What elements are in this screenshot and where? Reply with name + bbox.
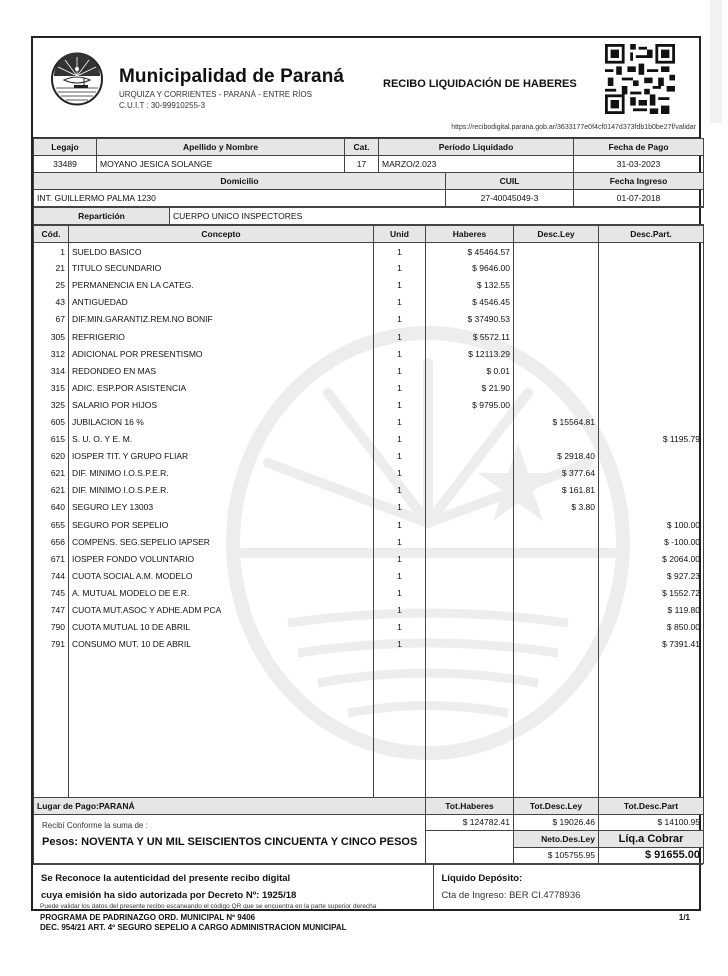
table-row: 305REFRIGERIO1$ 5572.11 xyxy=(34,328,704,345)
empty-cell xyxy=(374,653,426,797)
item-code: 621 xyxy=(34,465,69,482)
item-earnings: $ 4546.45 xyxy=(426,294,514,311)
item-earnings: $ 0.01 xyxy=(426,362,514,379)
item-earnings xyxy=(426,413,514,430)
item-legal-deduction xyxy=(514,516,599,533)
qr-validation-note: Puede validar los datos del presente rec… xyxy=(40,903,690,910)
item-earnings xyxy=(426,636,514,653)
item-private-deduction xyxy=(599,277,704,294)
item-code: 656 xyxy=(34,533,69,550)
item-earnings xyxy=(426,482,514,499)
authenticity-table: Se Reconoce la autenticidad del presente… xyxy=(33,864,703,909)
item-code: 325 xyxy=(34,396,69,413)
table-row: 314REDONDEO EN MAS1$ 0.01 xyxy=(34,362,704,379)
item-legal-deduction xyxy=(514,243,599,260)
item-units: 1 xyxy=(374,567,426,584)
item-earnings xyxy=(426,465,514,482)
payslip-document: Municipalidad de Paraná URQUIZA Y CORRIE… xyxy=(31,36,701,911)
item-earnings: $ 9646.00 xyxy=(426,260,514,277)
item-concept: SEGURO POR SEPELIO xyxy=(69,516,374,533)
municipality-address: URQUIZA Y CORRIENTES - PARANÁ - ENTRE RÍ… xyxy=(119,90,312,99)
authenticity-line-1: Se Reconoce la autenticidad del presente… xyxy=(41,870,425,887)
item-legal-deduction: $ 2918.40 xyxy=(514,448,599,465)
item-earnings: $ 12113.29 xyxy=(426,345,514,362)
municipality-name: Municipalidad de Paraná xyxy=(119,66,344,88)
item-units: 1 xyxy=(374,345,426,362)
item-legal-deduction xyxy=(514,550,599,567)
table-row: 745A. MUTUAL MODELO DE E.R.1$ 1552.72 xyxy=(34,584,704,601)
item-legal-deduction xyxy=(514,362,599,379)
item-units: 1 xyxy=(374,465,426,482)
item-concept: REDONDEO EN MAS xyxy=(69,362,374,379)
department-value: CUERPO UNICO INSPECTORES xyxy=(170,208,704,225)
item-earnings xyxy=(426,550,514,567)
item-code: 314 xyxy=(34,362,69,379)
item-earnings xyxy=(426,499,514,516)
item-legal-deduction xyxy=(514,431,599,448)
empty-rows-area xyxy=(34,653,704,797)
name-value: MOYANO JESICA SOLANGE xyxy=(97,156,345,173)
employee-info-table: Legajo Apellido y Nombre Cat. Período Li… xyxy=(33,138,704,207)
item-concept: TITULO SECUNDARIO xyxy=(69,260,374,277)
item-units: 1 xyxy=(374,431,426,448)
item-code: 640 xyxy=(34,499,69,516)
item-units: 1 xyxy=(374,550,426,567)
item-concept: SUELDO BASICO xyxy=(69,243,374,260)
validation-url[interactable]: https://recibodigital.parana.gob.ar/3633… xyxy=(451,124,696,131)
item-private-deduction xyxy=(599,362,704,379)
item-earnings: $ 45464.57 xyxy=(426,243,514,260)
item-units: 1 xyxy=(374,448,426,465)
item-concept: CUOTA MUTUAL 10 DE ABRIL xyxy=(69,619,374,636)
item-private-deduction: $ 100.00 xyxy=(599,516,704,533)
item-private-deduction: $ 1195.79 xyxy=(599,431,704,448)
table-row: 315ADIC. ESP.POR ASISTENCIA1$ 21.90 xyxy=(34,379,704,396)
table-row: 747CUOTA MUT.ASOC Y ADHE.ADM PCA1$ 119.8… xyxy=(34,601,704,618)
item-concept: IOSPER TIT. Y GRUPO FLIAR xyxy=(69,448,374,465)
item-code: 21 xyxy=(34,260,69,277)
legajo-label: Legajo xyxy=(34,139,97,156)
table-row: 620IOSPER TIT. Y GRUPO FLIAR1$ 2918.40 xyxy=(34,448,704,465)
total-private-deductions-value: $ 14100.95 xyxy=(599,814,704,830)
net-pay-label: Líq.a Cobrar xyxy=(599,830,704,847)
item-legal-deduction xyxy=(514,396,599,413)
item-units: 1 xyxy=(374,362,426,379)
empty-cell xyxy=(514,653,599,797)
category-value: 17 xyxy=(345,156,379,173)
item-concept: SEGURO LEY 13003 xyxy=(69,499,374,516)
item-units: 1 xyxy=(374,311,426,328)
item-units: 1 xyxy=(374,636,426,653)
item-units: 1 xyxy=(374,413,426,430)
empty-cell xyxy=(599,653,704,797)
cuil-value: 27-40045049-3 xyxy=(446,190,574,207)
item-code: 43 xyxy=(34,294,69,311)
item-concept: A. MUTUAL MODELO DE E.R. xyxy=(69,584,374,601)
item-code: 790 xyxy=(34,619,69,636)
item-legal-deduction xyxy=(514,328,599,345)
item-concept: PERMANENCIA EN LA CATEG. xyxy=(69,277,374,294)
item-earnings xyxy=(426,533,514,550)
received-label: Recibí Conforme la suma de : xyxy=(42,821,417,830)
legajo-value: 33489 xyxy=(34,156,97,173)
item-legal-deduction xyxy=(514,345,599,362)
totals-table: Lugar de Pago:PARANÁ Tot.Haberes Tot.Des… xyxy=(33,797,704,864)
item-concept: ADIC. ESP.POR ASISTENCIA xyxy=(69,379,374,396)
document-title: RECIBO LIQUIDACIÓN DE HABERES xyxy=(383,78,577,90)
item-private-deduction xyxy=(599,294,704,311)
amount-in-words-cell: Recibí Conforme la suma de : Pesos: NOVE… xyxy=(34,814,426,863)
table-row: 790CUOTA MUTUAL 10 DE ABRIL1$ 850.00 xyxy=(34,619,704,636)
item-code: 745 xyxy=(34,584,69,601)
item-earnings xyxy=(426,448,514,465)
empty-cell xyxy=(34,653,69,797)
item-code: 315 xyxy=(34,379,69,396)
department-table: Repartición CUERPO UNICO INSPECTORES xyxy=(33,207,704,225)
item-units: 1 xyxy=(374,328,426,345)
item-concept: JUBILACION 16 % xyxy=(69,413,374,430)
item-code: 615 xyxy=(34,431,69,448)
payment-date-label: Fecha de Pago xyxy=(574,139,704,156)
address-value: INT. GUILLERMO PALMA 1230 xyxy=(34,190,446,207)
item-earnings xyxy=(426,601,514,618)
item-legal-deduction xyxy=(514,533,599,550)
item-earnings xyxy=(426,516,514,533)
item-units: 1 xyxy=(374,516,426,533)
table-row: 1SUELDO BASICO1$ 45464.57 xyxy=(34,243,704,260)
item-concept: DIF. MINIMO I.O.S.P.E.R. xyxy=(69,482,374,499)
table-row: 615S. U. O. Y E. M.1$ 1195.79 xyxy=(34,431,704,448)
item-legal-deduction xyxy=(514,294,599,311)
item-concept: ANTIGUEDAD xyxy=(69,294,374,311)
item-code: 305 xyxy=(34,328,69,345)
item-concept: DIF. MINIMO I.O.S.P.E.R. xyxy=(69,465,374,482)
total-earnings-value: $ 124782.41 xyxy=(426,814,514,830)
table-row: 25PERMANENCIA EN LA CATEG.1$ 132.55 xyxy=(34,277,704,294)
item-legal-deduction xyxy=(514,619,599,636)
address-label: Domicilio xyxy=(34,173,446,190)
total-earnings-label: Tot.Haberes xyxy=(426,797,514,814)
items-table: Cód. Concepto Unid Haberes Desc.Ley Desc… xyxy=(33,225,704,797)
item-units: 1 xyxy=(374,294,426,311)
hire-date-value: 01-07-2018 xyxy=(574,190,704,207)
item-legal-deduction: $ 3.80 xyxy=(514,499,599,516)
table-row: 744CUOTA SOCIAL A.M. MODELO1$ 927.23 xyxy=(34,567,704,584)
item-concept: CUOTA SOCIAL A.M. MODELO xyxy=(69,567,374,584)
item-private-deduction: $ 7391.41 xyxy=(599,636,704,653)
item-private-deduction xyxy=(599,465,704,482)
item-private-deduction: $ 2064.00 xyxy=(599,550,704,567)
net-legal-label: Neto.Des.Ley xyxy=(514,830,599,847)
item-code: 67 xyxy=(34,311,69,328)
item-concept: CONSUMO MUT. 10 DE ABRIL xyxy=(69,636,374,653)
item-private-deduction xyxy=(599,448,704,465)
item-code: 1 xyxy=(34,243,69,260)
item-legal-deduction xyxy=(514,311,599,328)
authenticity-line-2: cuya emisión ha sido autorizada por Decr… xyxy=(41,887,425,904)
total-legal-deductions-label: Tot.Desc.Ley xyxy=(514,797,599,814)
item-private-deduction: $ 119.80 xyxy=(599,601,704,618)
table-row: 312ADICIONAL POR PRESENTISMO1$ 12113.29 xyxy=(34,345,704,362)
item-units: 1 xyxy=(374,584,426,601)
table-row: 791CONSUMO MUT. 10 DE ABRIL1$ 7391.41 xyxy=(34,636,704,653)
item-private-deduction xyxy=(599,379,704,396)
item-units: 1 xyxy=(374,601,426,618)
item-concept: S. U. O. Y E. M. xyxy=(69,431,374,448)
item-private-deduction xyxy=(599,328,704,345)
item-legal-deduction: $ 161.81 xyxy=(514,482,599,499)
spacer-cell xyxy=(426,830,514,863)
program-note: PROGRAMA DE PADRINAZGO ORD. MUNICIPAL Nº… xyxy=(40,913,690,923)
table-row: 325SALARIO POR HIJOS1$ 9795.00 xyxy=(34,396,704,413)
item-earnings: $ 21.90 xyxy=(426,379,514,396)
item-private-deduction: $ -100.00 xyxy=(599,533,704,550)
table-row: 21TITULO SECUNDARIO1$ 9646.00 xyxy=(34,260,704,277)
item-legal-deduction xyxy=(514,260,599,277)
table-row: 656COMPENS. SEG.SEPELIO IAPSER1$ -100.00 xyxy=(34,533,704,550)
col-units: Unid xyxy=(374,226,426,243)
item-units: 1 xyxy=(374,277,426,294)
item-legal-deduction xyxy=(514,567,599,584)
item-units: 1 xyxy=(374,379,426,396)
item-code: 605 xyxy=(34,413,69,430)
item-private-deduction: $ 850.00 xyxy=(599,619,704,636)
item-code: 25 xyxy=(34,277,69,294)
item-private-deduction xyxy=(599,243,704,260)
item-legal-deduction xyxy=(514,277,599,294)
item-earnings: $ 37490.53 xyxy=(426,311,514,328)
department-label: Repartición xyxy=(34,208,170,225)
table-row: 67DIF.MIN.GARANTIZ.REM.NO BONIF1$ 37490.… xyxy=(34,311,704,328)
item-earnings xyxy=(426,567,514,584)
municipality-cuit: C.U.I.T : 30-99910255-3 xyxy=(119,101,205,110)
item-units: 1 xyxy=(374,619,426,636)
item-private-deduction xyxy=(599,345,704,362)
table-row: 621DIF. MINIMO I.O.S.P.E.R.1$ 377.64 xyxy=(34,465,704,482)
item-concept: ADICIONAL POR PRESENTISMO xyxy=(69,345,374,362)
col-code: Cód. xyxy=(34,226,69,243)
item-legal-deduction: $ 15564.81 xyxy=(514,413,599,430)
scroll-edge xyxy=(710,0,722,123)
hire-date-label: Fecha Ingreso xyxy=(574,173,704,190)
item-earnings xyxy=(426,431,514,448)
item-units: 1 xyxy=(374,260,426,277)
item-private-deduction xyxy=(599,482,704,499)
col-earnings: Haberes xyxy=(426,226,514,243)
item-concept: IOSPER FONDO VOLUNTARIO xyxy=(69,550,374,567)
item-code: 747 xyxy=(34,601,69,618)
total-legal-deductions-value: $ 19026.46 xyxy=(514,814,599,830)
item-code: 671 xyxy=(34,550,69,567)
item-earnings: $ 132.55 xyxy=(426,277,514,294)
document-footer: Puede validar los datos del presente rec… xyxy=(40,903,690,933)
item-legal-deduction: $ 377.64 xyxy=(514,465,599,482)
item-units: 1 xyxy=(374,533,426,550)
document-header: Municipalidad de Paraná URQUIZA Y CORRIE… xyxy=(33,38,699,138)
decree-note: DEC. 954/21 ART. 4º SEGURO SEPELIO A CAR… xyxy=(40,923,690,933)
item-legal-deduction xyxy=(514,636,599,653)
item-private-deduction xyxy=(599,413,704,430)
col-legal-deductions: Desc.Ley xyxy=(514,226,599,243)
table-row: 621DIF. MINIMO I.O.S.P.E.R.1$ 161.81 xyxy=(34,482,704,499)
net-pay-value: $ 91655.00 xyxy=(599,847,704,863)
item-code: 621 xyxy=(34,482,69,499)
total-private-deductions-label: Tot.Desc.Part xyxy=(599,797,704,814)
item-earnings xyxy=(426,584,514,601)
payment-place: Lugar de Pago:PARANÁ xyxy=(34,797,426,814)
item-private-deduction xyxy=(599,260,704,277)
col-concept: Concepto xyxy=(69,226,374,243)
table-row: 655SEGURO POR SEPELIO1$ 100.00 xyxy=(34,516,704,533)
item-code: 620 xyxy=(34,448,69,465)
item-concept: REFRIGERIO xyxy=(69,328,374,345)
net-legal-value: $ 105755.95 xyxy=(514,847,599,863)
qr-code-icon[interactable] xyxy=(605,44,675,114)
period-label: Período Liquidado xyxy=(379,139,574,156)
col-private-deductions: Desc.Part. xyxy=(599,226,704,243)
item-units: 1 xyxy=(374,482,426,499)
item-private-deduction: $ 1552.72 xyxy=(599,584,704,601)
table-row: 640SEGURO LEY 130031$ 3.80 xyxy=(34,499,704,516)
table-row: 605JUBILACION 16 %1$ 15564.81 xyxy=(34,413,704,430)
item-earnings xyxy=(426,619,514,636)
item-private-deduction xyxy=(599,396,704,413)
name-label: Apellido y Nombre xyxy=(97,139,345,156)
empty-cell xyxy=(426,653,514,797)
table-row: 671IOSPER FONDO VOLUNTARIO1$ 2064.00 xyxy=(34,550,704,567)
item-units: 1 xyxy=(374,243,426,260)
item-private-deduction xyxy=(599,499,704,516)
page-number: 1/1 xyxy=(679,913,690,922)
empty-cell xyxy=(69,653,374,797)
item-code: 744 xyxy=(34,567,69,584)
cuil-label: CUIL xyxy=(446,173,574,190)
item-concept: SALARIO POR HIJOS xyxy=(69,396,374,413)
item-concept: COMPENS. SEG.SEPELIO IAPSER xyxy=(69,533,374,550)
payment-date-value: 31-03-2023 xyxy=(574,156,704,173)
item-code: 791 xyxy=(34,636,69,653)
item-units: 1 xyxy=(374,499,426,516)
item-units: 1 xyxy=(374,396,426,413)
item-legal-deduction xyxy=(514,379,599,396)
deposit-account: Cta de Ingreso: BER CI.4778936 xyxy=(442,887,696,904)
period-value: MARZO/2.023 xyxy=(379,156,574,173)
item-concept: CUOTA MUT.ASOC Y ADHE.ADM PCA xyxy=(69,601,374,618)
category-label: Cat. xyxy=(345,139,379,156)
item-private-deduction: $ 927.23 xyxy=(599,567,704,584)
item-concept: DIF.MIN.GARANTIZ.REM.NO BONIF xyxy=(69,311,374,328)
municipal-seal-icon xyxy=(50,52,104,106)
deposit-label: Líquido Depósito: xyxy=(442,870,696,887)
item-earnings: $ 9795.00 xyxy=(426,396,514,413)
table-row: 43ANTIGUEDAD1$ 4546.45 xyxy=(34,294,704,311)
item-legal-deduction xyxy=(514,601,599,618)
item-private-deduction xyxy=(599,311,704,328)
item-earnings: $ 5572.11 xyxy=(426,328,514,345)
item-code: 655 xyxy=(34,516,69,533)
amount-in-words: Pesos: NOVENTA Y UN MIL SEISCIENTOS CINC… xyxy=(42,836,417,848)
item-code: 312 xyxy=(34,345,69,362)
item-legal-deduction xyxy=(514,584,599,601)
